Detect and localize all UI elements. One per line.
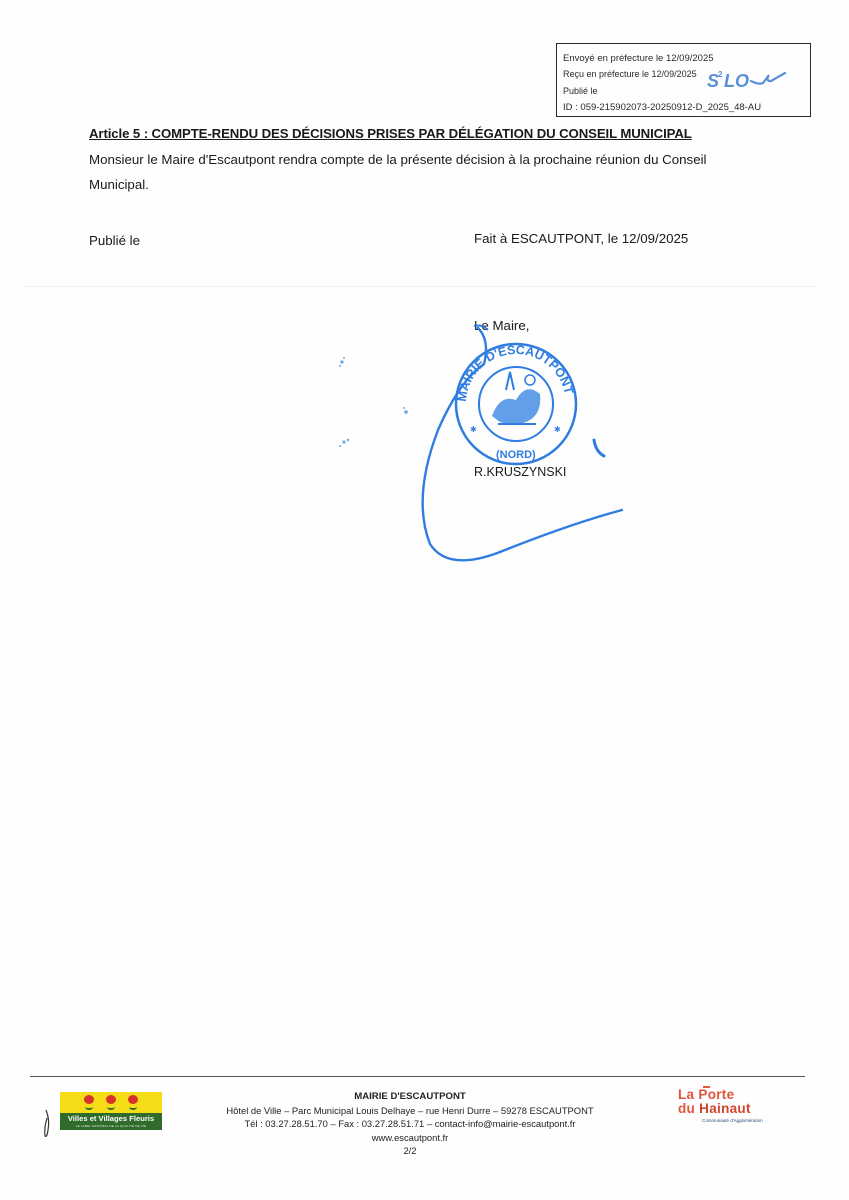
footer-website: www.escautpont.fr	[210, 1131, 610, 1145]
flower-icon	[106, 1095, 116, 1104]
received-date: Reçu en préfecture le 12/09/2025	[563, 69, 697, 79]
flower-icon	[84, 1095, 94, 1104]
sent-date: Envoyé en préfecture le 12/09/2025	[563, 53, 714, 64]
logo-word: du	[678, 1101, 699, 1116]
signer-name: R.KRUSZYNSKI	[474, 465, 566, 479]
prefecture-stamp: Envoyé en préfecture le 12/09/2025 Reçu …	[556, 43, 811, 117]
published-label: Publié le	[89, 233, 140, 248]
article-body: Monsieur le Maire d'Escautpont rendra co…	[89, 147, 729, 197]
svg-text:(NORD): (NORD)	[496, 449, 536, 461]
published-label: Publié le	[563, 86, 598, 96]
vvf-title: Villes et Villages Fleuris	[60, 1113, 162, 1124]
signer-role: Le Maire,	[474, 318, 529, 333]
la-porte-du-hainaut-logo: La Porte du Hainaut Communauté d'Agglomé…	[678, 1086, 778, 1123]
svg-text:2: 2	[718, 70, 723, 79]
logo-word: Porte	[698, 1087, 734, 1102]
s2lo-logo-icon: S 2 LO	[705, 67, 787, 93]
logo-word: Hainaut	[699, 1101, 751, 1116]
logo-subtitle: Communauté d'Agglomération	[702, 1118, 778, 1123]
handwritten-initial-icon	[43, 1108, 51, 1140]
footer-contact-block: MAIRIE D'ESCAUTPONT Hôtel de Ville – Par…	[210, 1090, 610, 1158]
flower-icon	[128, 1095, 138, 1104]
article-title: Article 5 : COMPTE-RENDU DES DÉCISIONS P…	[89, 126, 692, 141]
document-page: Envoyé en préfecture le 12/09/2025 Reçu …	[0, 0, 849, 1200]
vvf-subtitle: LE LABEL NATIONAL DE LA QUALITÉ DE VIE	[60, 1124, 162, 1128]
svg-text:✱: ✱	[470, 425, 477, 434]
svg-text:✱: ✱	[554, 425, 561, 434]
svg-text:LO: LO	[724, 71, 749, 91]
svg-text:MAIRIE D'ESCAUTPONT: MAIRIE D'ESCAUTPONT	[455, 343, 576, 403]
done-at-date: Fait à ESCAUTPONT, le 12/09/2025	[474, 231, 688, 246]
footer-title: MAIRIE D'ESCAUTPONT	[210, 1090, 610, 1104]
logo-word: La	[678, 1087, 698, 1102]
footer-divider	[30, 1076, 805, 1077]
handwritten-signature	[423, 328, 622, 560]
seal-and-signature: MAIRIE D'ESCAUTPONT (NORD) ✱ ✱	[320, 320, 640, 580]
footer-address: Hôtel de Ville – Parc Municipal Louis De…	[210, 1104, 610, 1118]
footer-contact: Tél : 03.27.28.51.70 – Fax : 03.27.28.51…	[210, 1117, 610, 1131]
town-seal-icon: MAIRIE D'ESCAUTPONT (NORD) ✱ ✱	[455, 343, 576, 464]
scan-artifact-line	[25, 286, 815, 288]
act-id: ID : 059-215902073-20250912-D_2025_48-AU	[563, 102, 761, 113]
villes-villages-fleuris-logo: Villes et Villages Fleuris LE LABEL NATI…	[60, 1092, 162, 1130]
page-number: 2/2	[210, 1144, 610, 1158]
